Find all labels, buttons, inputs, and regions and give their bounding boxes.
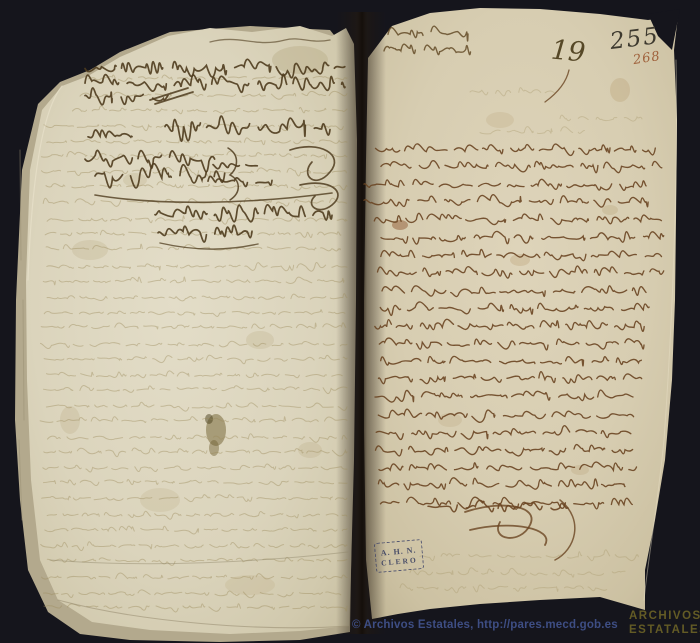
watermark-line1: ARCHIVOS <box>629 610 700 624</box>
left-page <box>26 26 357 634</box>
paper-stain <box>438 413 462 427</box>
paper-stain <box>140 488 180 512</box>
paper-stain <box>571 465 589 475</box>
watermark-line2: ESTATALES <box>629 624 700 638</box>
paper-stain <box>72 240 108 260</box>
paper-stain <box>602 205 618 215</box>
paper-stain <box>610 78 630 102</box>
paper-stain <box>246 331 274 349</box>
stamp-line2: CLERO <box>381 555 418 567</box>
copyright-notice: © Archivos Estatales, http://pares.mecd.… <box>352 619 618 631</box>
archivos-watermark: ARCHIVOS ESTATALES <box>629 610 700 637</box>
ahn-clero-stamp: A. H. N. CLERO <box>374 539 424 573</box>
book-scan <box>0 0 700 643</box>
paper-stain <box>486 112 514 128</box>
manuscript-photo: 255 268 19 A. H. N. CLERO © Archivos Est… <box>0 0 700 643</box>
page-number-annotation: 19 <box>550 35 587 69</box>
